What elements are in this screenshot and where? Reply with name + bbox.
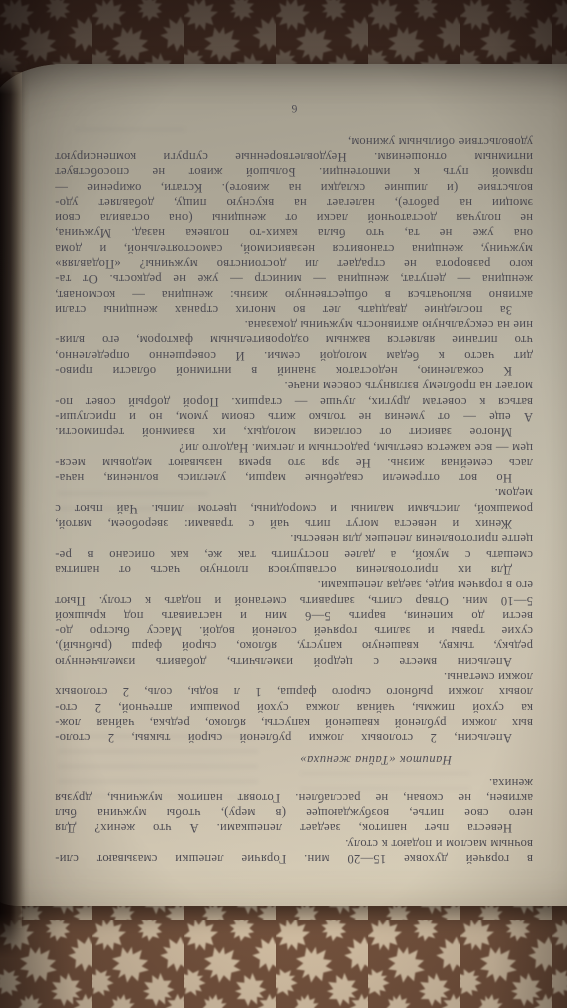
text-line: вочным маслом и подают к столу. <box>55 835 533 850</box>
text-line: интимным отношениям. Неудовлетворенные с… <box>55 149 533 164</box>
text-line: дит часто к бедам молодой семьи. И совер… <box>55 348 533 363</box>
text-line: мужчину, женщина становится независимой,… <box>55 240 533 255</box>
text-line: вых ложки рубленой квашеной капусты, ябл… <box>55 715 533 730</box>
text-line: эмоции на работе), налегает на вкусную п… <box>55 195 533 210</box>
text-line: Жених и невеста могут пить чай с травами… <box>55 516 533 531</box>
text-line: кого разворота не страдает ли достоинств… <box>55 256 533 271</box>
text-line: ние на сексуальную активность мужчины до… <box>55 317 533 332</box>
text-line: Апельсин, 2 столовых ложки рубленой сыро… <box>55 730 533 745</box>
text-line: активен, не скован, не расслаблен. Готов… <box>55 790 533 805</box>
text-line: цепте приготовления лепешек для невесты. <box>55 531 533 546</box>
text-line: ка сухой пижмы, чайная ложка сухой ромаш… <box>55 699 533 714</box>
text-line: цем — все кажется светлым, радостным и л… <box>55 439 533 454</box>
text-line: удовольствие обильным ужином, <box>55 133 533 148</box>
text-line: сухие травы и залить горячей соленой вод… <box>55 623 533 638</box>
text-line: За последние двадцать лет во многих стра… <box>55 302 533 317</box>
recipe-heading: Напиток «Тайна жениха» <box>55 751 533 767</box>
text-line: не получая достаточной ласки от женщины … <box>55 210 533 225</box>
text-line: Невеста пьет напиток, заедает лепешками.… <box>55 820 533 835</box>
text-line: жениха. <box>55 774 533 789</box>
book-page: в горячей духовке 15—20 мин. Горячие леп… <box>0 64 567 906</box>
text-line: прямой путь к импотенции. Большой живот … <box>55 164 533 179</box>
book-photo: в горячей духовке 15—20 мин. Горячие леп… <box>0 0 567 1008</box>
text-line: Многое зависит от согласия молодых, их в… <box>55 424 533 439</box>
text-line: редьку, тыкву, квашеную капусту, яблоко,… <box>55 638 533 653</box>
text-line: лась семейная жизнь. Не зря это время на… <box>55 455 533 470</box>
text-line: женщина — депутат, женщина — министр — у… <box>55 271 533 286</box>
text-line: 5—10 мин. Отвар слить, заправить сметано… <box>55 592 533 607</box>
text-line: Для их приготовления оставшуюся плотную … <box>55 562 533 577</box>
text-line: смешать с мукой, а далее поступить так ж… <box>55 546 533 561</box>
text-line: вольствие (и лишние складки на животе). … <box>55 179 533 194</box>
text-line: его в горячем виде, заедая лепешками. <box>55 577 533 592</box>
text-line: ромашкой, листьями малины и смородины, ц… <box>55 500 533 515</box>
text-line: ловых ложки рыбного сырого фарша, 1 л во… <box>55 684 533 699</box>
text-line: ваться к советам других, лучше — старших… <box>55 393 533 408</box>
text-line: активно включаться в общественную жизнь:… <box>55 286 533 301</box>
text-line: Но вот отгремели свадебные марши, улегли… <box>55 470 533 485</box>
text-line: медом. <box>55 485 533 500</box>
text-line: К сожалению, недостаток знаний в интимно… <box>55 363 533 378</box>
text-line: А еще — от умения не только жить своим у… <box>55 409 533 424</box>
text-line: что питание является важным оздоровитель… <box>55 332 533 347</box>
book-gutter-shadow <box>0 58 30 958</box>
text-line: в горячей духовке 15—20 мин. Горячие леп… <box>55 851 533 866</box>
text-line: ложки сметаны. <box>55 669 533 684</box>
text-line: она уже не та, что была каких-то полвека… <box>55 225 533 240</box>
text-line: него свое питье, возбуждающее (в меру), … <box>55 805 533 820</box>
text-line: могает на проблему взглянуть совсем инач… <box>55 378 533 393</box>
text-line: вести до кипения, варить 5—6 мин и наста… <box>55 608 533 623</box>
text-line: Апельсин вместе с цедрой измельчить, доб… <box>55 653 533 668</box>
page-text-rotated-180: в горячей духовке 15—20 мин. Горячие леп… <box>55 100 533 866</box>
page-number: 6 <box>55 100 533 115</box>
